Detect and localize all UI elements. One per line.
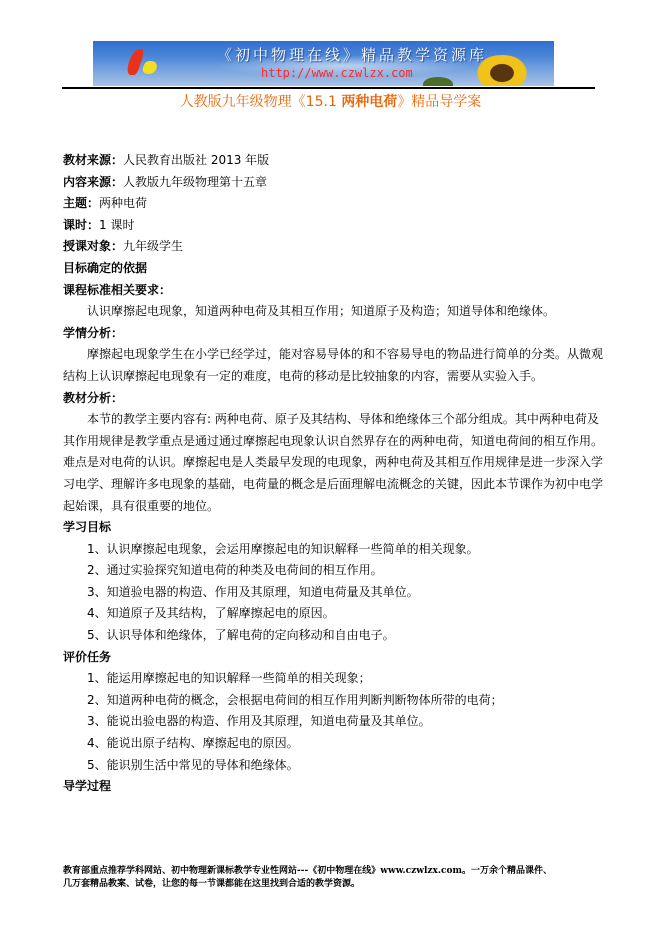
meta-value: 九年级学生 bbox=[123, 239, 183, 253]
meta-content-source: 内容来源：人教版九年级物理第十五章 bbox=[63, 172, 603, 194]
footer-line-1: 教育部重点推荐学科网站、初中物理新课标教学专业性网站---《初中物理在线》www… bbox=[63, 865, 603, 878]
heading-curriculum: 课程标准相关要求： bbox=[63, 280, 603, 302]
meta-value: 人教版九年级物理第十五章 bbox=[123, 175, 267, 189]
task-item: 5、能识别生活中常见的导体和绝缘体。 bbox=[63, 755, 603, 777]
task-item: 3、能说出验电器的构造、作用及其原理，知道电荷量及其单位。 bbox=[63, 711, 603, 733]
banner-site-name: 《初中物理在线》精品教学资源库 bbox=[217, 44, 487, 65]
heading-student-analysis: 学情分析： bbox=[63, 323, 603, 345]
meta-label: 内容来源： bbox=[63, 175, 123, 189]
heading-basis: 目标确定的依据 bbox=[63, 258, 603, 280]
task-item: 1、能运用摩擦起电的知识解释一些简单的相关现象； bbox=[63, 668, 603, 690]
heading-learning-goals: 学习目标 bbox=[63, 517, 603, 539]
meta-label: 教材来源： bbox=[63, 153, 123, 167]
document-body: 教材来源：人民教育出版社 2013 年版 内容来源：人教版九年级物理第十五章 主… bbox=[63, 150, 603, 798]
heading-textbook-analysis: 教材分析： bbox=[63, 388, 603, 410]
header-banner: 《初中物理在线》精品教学资源库 http://www.czwlzx.com bbox=[93, 41, 554, 86]
textbook-analysis-text: 本节的教学主要内容有: 两种电荷、原子及其结构、导体和绝缘体三个部分组成。其中两… bbox=[63, 409, 603, 517]
meta-label: 主题： bbox=[63, 196, 99, 210]
task-item: 2、知道两种电荷的概念，会根据电荷间的相互作用判断判断物体所带的电荷； bbox=[63, 690, 603, 712]
meta-audience: 授课对象：九年级学生 bbox=[63, 236, 603, 258]
heading-process: 导学过程 bbox=[63, 776, 603, 798]
title-topic: 两种电荷 bbox=[341, 94, 397, 110]
curriculum-text: 认识摩擦起电现象，知道两种电荷及其相互作用；知道原子及构造；知道导体和绝缘体。 bbox=[63, 301, 603, 323]
footer-line-2: 几万套精品教案、试卷，让您的每一节课都能在这里找到合适的教学资源。 bbox=[63, 878, 603, 891]
header-rule bbox=[62, 87, 595, 89]
title-suffix: 》精品导学案 bbox=[397, 94, 481, 110]
leaves-icon bbox=[423, 77, 453, 86]
meta-period: 课时：1 课时 bbox=[63, 215, 603, 237]
goal-item: 2、通过实验探究知道电荷的种类及电荷间的相互作用。 bbox=[63, 560, 603, 582]
meta-value: 两种电荷 bbox=[99, 196, 147, 210]
task-item: 4、能说出原子结构、摩擦起电的原因。 bbox=[63, 733, 603, 755]
document-title: 人教版九年级物理《15.1 两种电荷》精品导学案 bbox=[0, 91, 661, 111]
meta-label: 授课对象： bbox=[63, 239, 123, 253]
student-analysis-text: 摩擦起电现象学生在小学已经学过，能对容易导体的和不容易导电的物品进行简单的分类。… bbox=[63, 344, 603, 387]
heading-evaluation-tasks: 评价任务 bbox=[63, 647, 603, 669]
meta-topic: 主题：两种电荷 bbox=[63, 193, 603, 215]
goal-item: 4、知道原子及其结构，了解摩擦起电的原因。 bbox=[63, 603, 603, 625]
goal-item: 1、认识摩擦起电现象，会运用摩擦起电的知识解释一些简单的相关现象。 bbox=[63, 539, 603, 561]
meta-value: 1 课时 bbox=[99, 218, 134, 232]
goal-item: 5、认识导体和绝缘体，了解电荷的定向移动和自由电子。 bbox=[63, 625, 603, 647]
banner-url[interactable]: http://www.czwlzx.com bbox=[261, 66, 413, 80]
goal-item: 3、知道验电器的构造、作用及其原理，知道电荷量及其单位。 bbox=[63, 582, 603, 604]
meta-source: 教材来源：人民教育出版社 2013 年版 bbox=[63, 150, 603, 172]
logo-yellow-icon bbox=[140, 61, 159, 74]
sunflower-icon bbox=[473, 55, 531, 86]
meta-value: 人民教育出版社 2013 年版 bbox=[123, 153, 269, 167]
title-prefix: 人教版九年级物理《15.1 bbox=[180, 94, 342, 110]
page-footer: 教育部重点推荐学科网站、初中物理新课标教学专业性网站---《初中物理在线》www… bbox=[63, 865, 603, 891]
meta-label: 课时： bbox=[63, 218, 99, 232]
